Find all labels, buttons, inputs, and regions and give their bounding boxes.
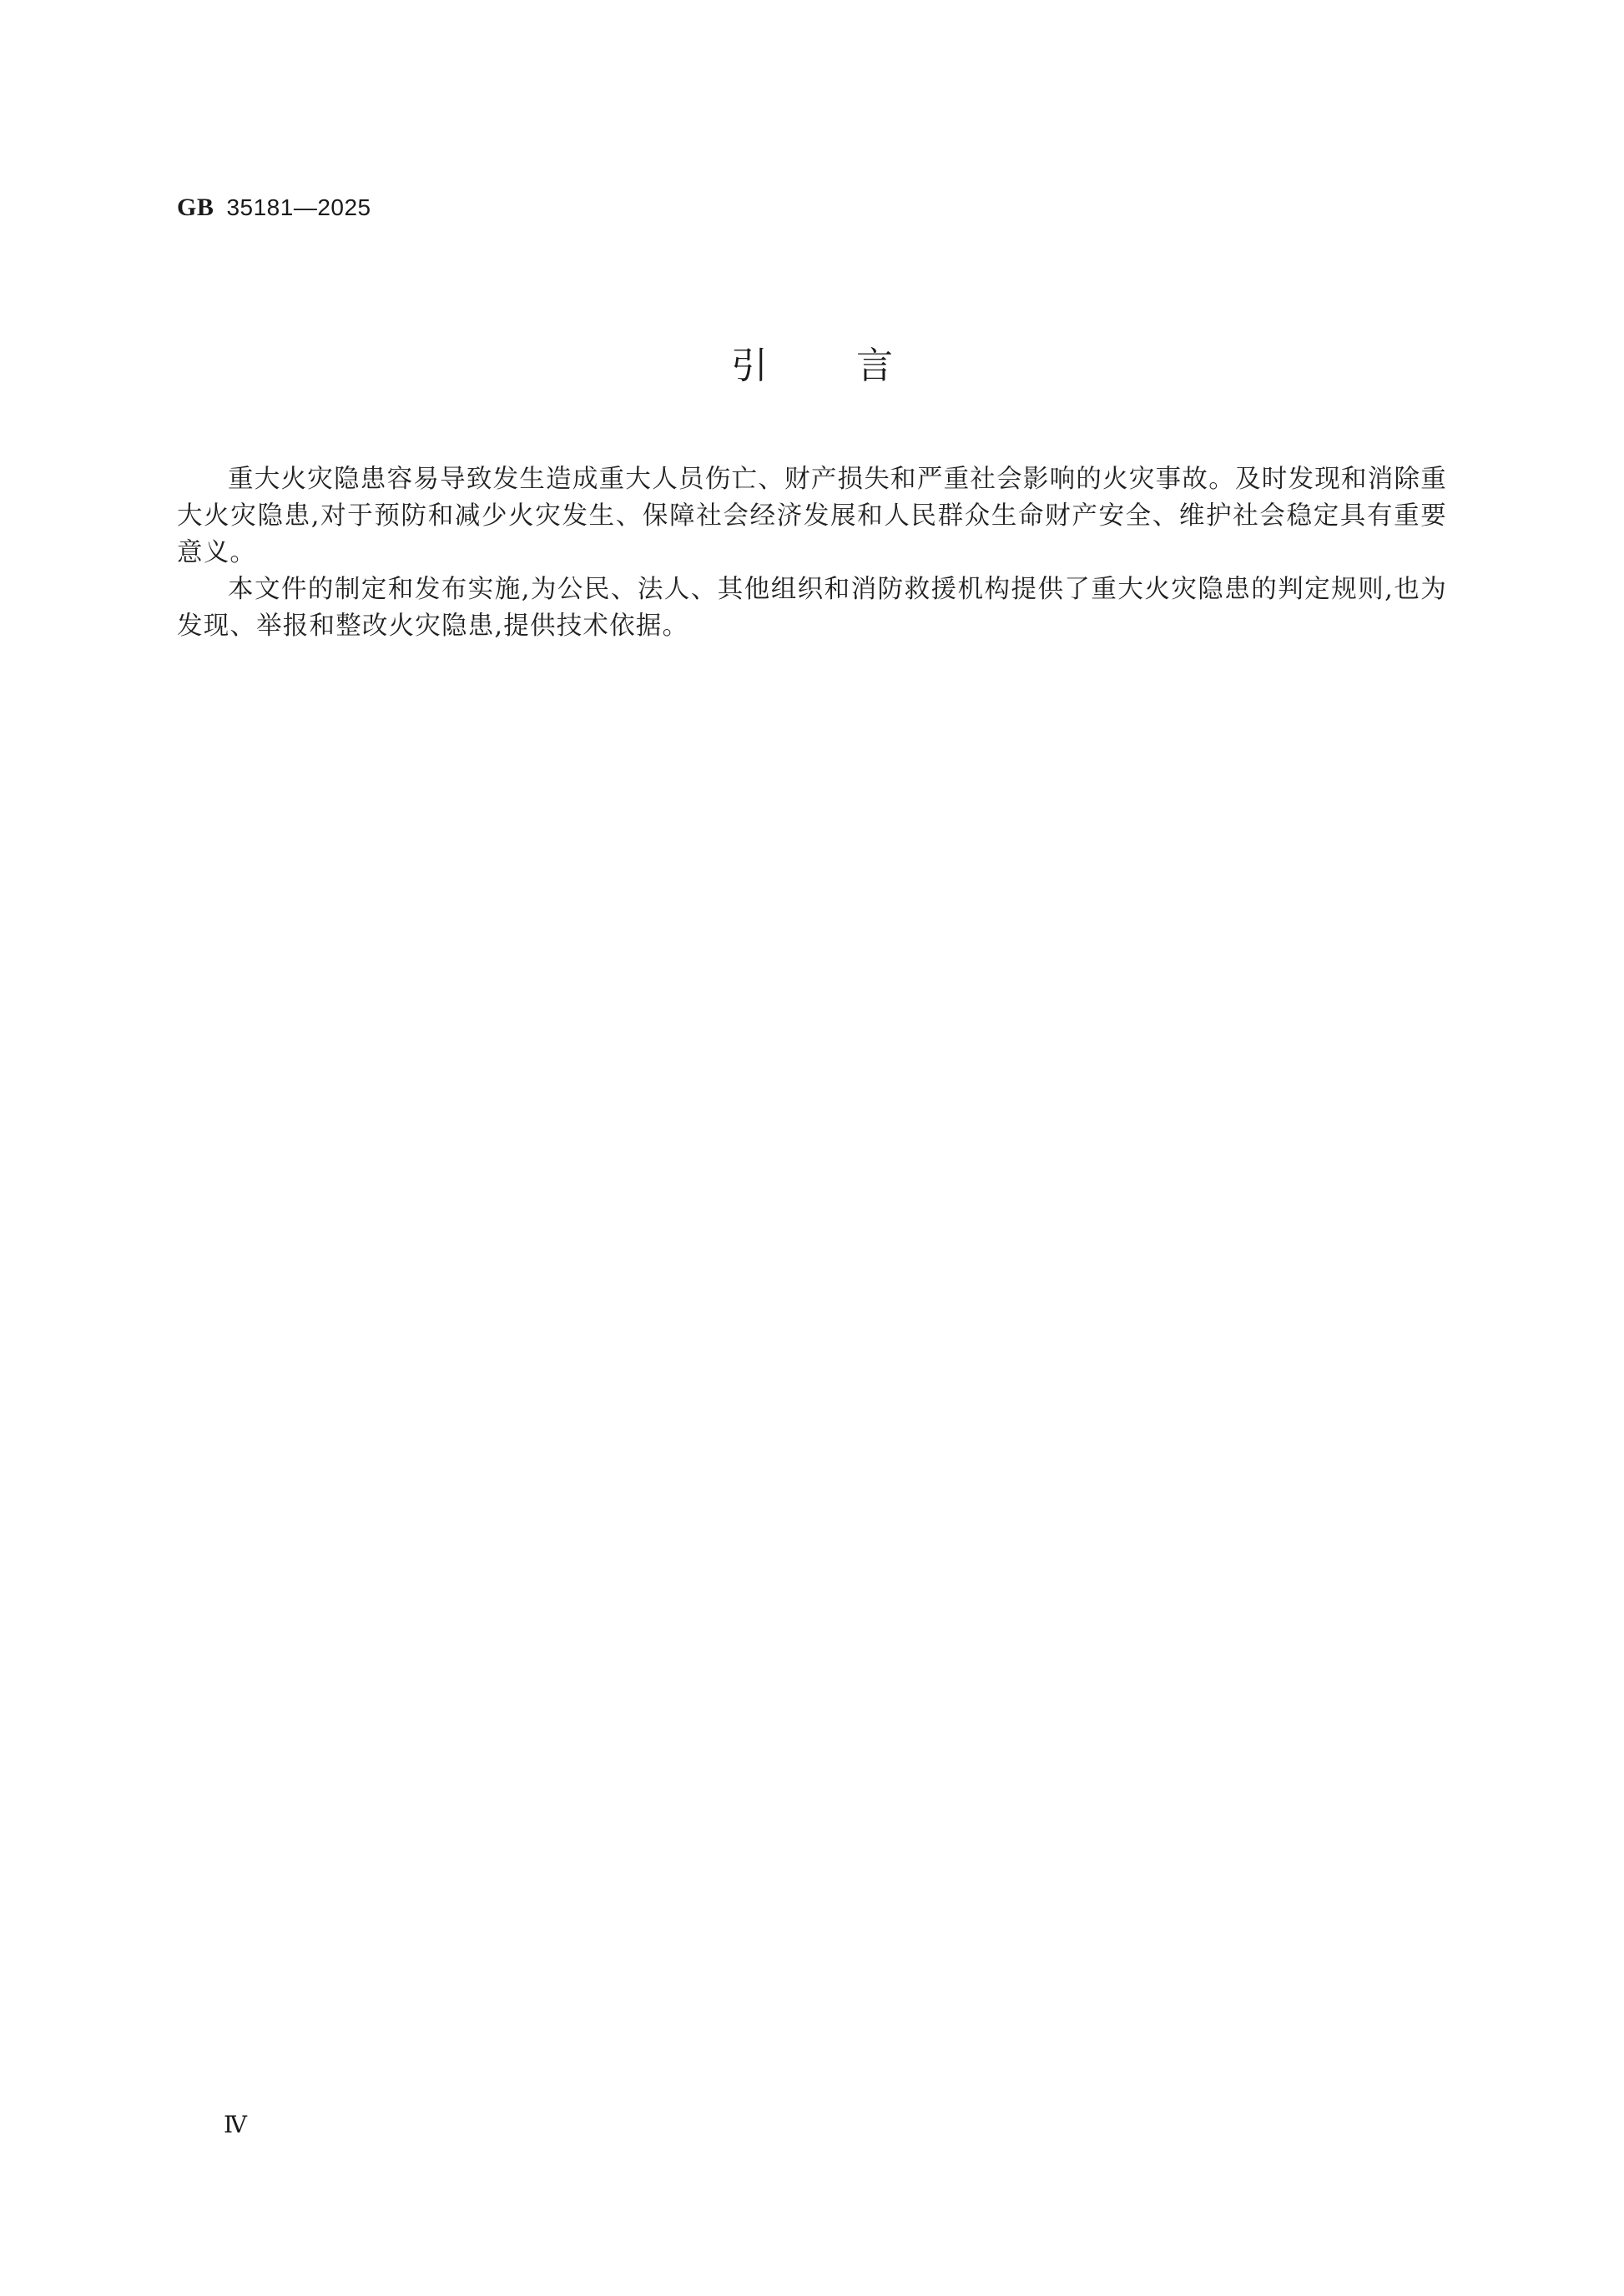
introduction-body: 重大火灾隐患容易导致发生造成重大人员伤亡、财产损失和严重社会影响的火灾事故。及时… <box>177 461 1447 645</box>
standard-prefix: GB <box>177 194 214 221</box>
page-number: Ⅳ <box>224 2111 247 2139</box>
standard-number: 35181—2025 <box>226 194 371 220</box>
standard-code-header: GB 35181—2025 <box>177 194 371 222</box>
paragraph-1: 重大火灾隐患容易导致发生造成重大人员伤亡、财产损失和严重社会影响的火灾事故。及时… <box>177 461 1447 571</box>
section-title: 引言 <box>0 335 1624 389</box>
paragraph-2: 本文件的制定和发布实施,为公民、法人、其他组织和消防救援机构提供了重大火灾隐患的… <box>177 571 1447 645</box>
